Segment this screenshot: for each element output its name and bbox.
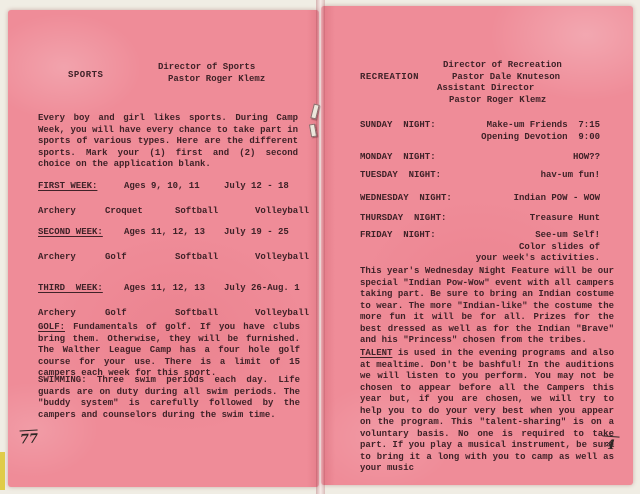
week-label: FIRST WEEK: [38,181,124,193]
activity: Volleyball [255,308,309,320]
page-number-left: 77 [20,430,39,448]
week-ages: Ages 11, 12, 13 [124,283,224,295]
recreation-section-heading: RECREATION [360,72,419,84]
schedule-events: Treasure Hunt [530,213,600,225]
week-ages: Ages 9, 10, 11 [124,181,224,193]
swimming-paragraph: SWIMMING: Three swim periods each day. L… [38,375,300,421]
activity: Archery [38,206,105,218]
sports-intro-paragraph: Every boy and girl likes sports. During … [38,113,298,171]
week-activities-second: Archery Golf Softball Volleyball [38,252,304,264]
schedule-event: Color slides of [476,242,600,254]
week-ages: Ages 11, 12, 13 [124,227,224,239]
schedule-day: FRIDAY NIGHT: [360,230,436,242]
sports-credit-line: Director of Sports [158,62,265,74]
schedule-event: Opening Devotion 9:00 [481,132,600,144]
yellow-page-edge [0,452,5,490]
activity: Softball [175,252,255,264]
week-label: THIRD WEEK: [38,283,124,295]
week-row-third: THIRD WEEK: Ages 11, 12, 13 July 26-Aug.… [38,283,304,295]
recreation-credits: Director of Recreation Pastor Dale Knute… [437,60,562,106]
schedule-event: HOW?? [573,152,600,164]
schedule-row-monday: MONDAY NIGHT: HOW?? [321,152,633,164]
talent-text: is used in the evening programs and also… [360,348,614,473]
activity: Volleyball [255,252,309,264]
week-row-second: SECOND WEEK: Ages 11, 12, 13 July 19 - 2… [38,227,304,239]
activity: Softball [175,308,255,320]
schedule-event: Treasure Hunt [530,213,600,225]
schedule-events: See-um Self! Color slides of your week's… [476,230,600,265]
week-dates: July 12 - 18 [224,181,289,193]
activity: Softball [175,206,255,218]
powwow-paragraph: This year's Wednesday Night Feature will… [360,266,614,347]
schedule-row-friday: FRIDAY NIGHT: See-um Self! Color slides … [321,230,633,265]
golf-paragraph: GOLF: Fundamentals of golf. If you have … [38,322,300,380]
schedule-row-thursday: THURSDAY NIGHT: Treasure Hunt [321,213,633,225]
week-dates: July 19 - 25 [224,227,289,239]
golf-label: GOLF: [38,322,65,332]
schedule-event: your week's activities. [476,253,600,265]
week-activities-third: Archery Golf Softball Volleyball [38,308,304,320]
page-number-right: 4 [601,435,619,453]
schedule-row-sunday: SUNDAY NIGHT: Make-um Friends 7:15 Openi… [321,120,633,143]
schedule-day: MONDAY NIGHT: [360,152,436,164]
swimming-label: SWIMMING: [38,375,87,385]
page-sports: SPORTS Director of Sports Pastor Roger K… [8,10,319,487]
gutter-fold [316,0,325,494]
activity: Golf [105,252,175,264]
booklet-spread: SPORTS Director of Sports Pastor Roger K… [0,0,640,494]
week-row-first: FIRST WEEK: Ages 9, 10, 11 July 12 - 18 [38,181,304,193]
schedule-day: WEDNESDAY NIGHT: [360,193,452,205]
schedule-day: THURSDAY NIGHT: [360,213,446,225]
activity: Croquet [105,206,175,218]
activity: Volleyball [255,206,309,218]
schedule-events: Make-um Friends 7:15 Opening Devotion 9:… [481,120,600,143]
recreation-credit-line: Assistant Director [437,83,562,95]
week-dates: July 26-Aug. 1 [224,283,300,295]
schedule-event: Make-um Friends 7:15 [481,120,600,132]
schedule-events: Indian POW - WOW [514,193,600,205]
schedule-row-tuesday: TUESDAY NIGHT: hav-um fun! [321,170,633,182]
schedule-event: hav-um fun! [541,170,600,182]
golf-text: Fundamentals of golf. If you have clubs … [38,322,300,378]
schedule-events: hav-um fun! [541,170,600,182]
schedule-events: HOW?? [573,152,600,164]
page-recreation: RECREATION Director of Recreation Pastor… [321,6,633,485]
schedule-event: Indian POW - WOW [514,193,600,205]
sports-section-heading: SPORTS [68,70,103,82]
schedule-event: See-um Self! [476,230,600,242]
week-label: SECOND WEEK: [38,227,124,239]
sports-credits: Director of Sports Pastor Roger Klemz [158,62,265,85]
week-activities-first: Archery Croquet Softball Volleyball [38,206,304,218]
activity: Archery [38,308,105,320]
talent-paragraph: TALENT is used in the evening programs a… [360,348,614,475]
recreation-credit-line: Pastor Roger Klemz [437,95,562,107]
schedule-row-wednesday: WEDNESDAY NIGHT: Indian POW - WOW [321,193,633,205]
sports-credit-line: Pastor Roger Klemz [158,74,265,86]
talent-label: TALENT [360,348,392,358]
recreation-credit-line: Director of Recreation [437,60,562,72]
activity: Golf [105,308,175,320]
activity: Archery [38,252,105,264]
schedule-day: SUNDAY NIGHT: [360,120,436,132]
recreation-credit-line: Pastor Dale Knuteson [437,72,562,84]
schedule-day: TUESDAY NIGHT: [360,170,441,182]
